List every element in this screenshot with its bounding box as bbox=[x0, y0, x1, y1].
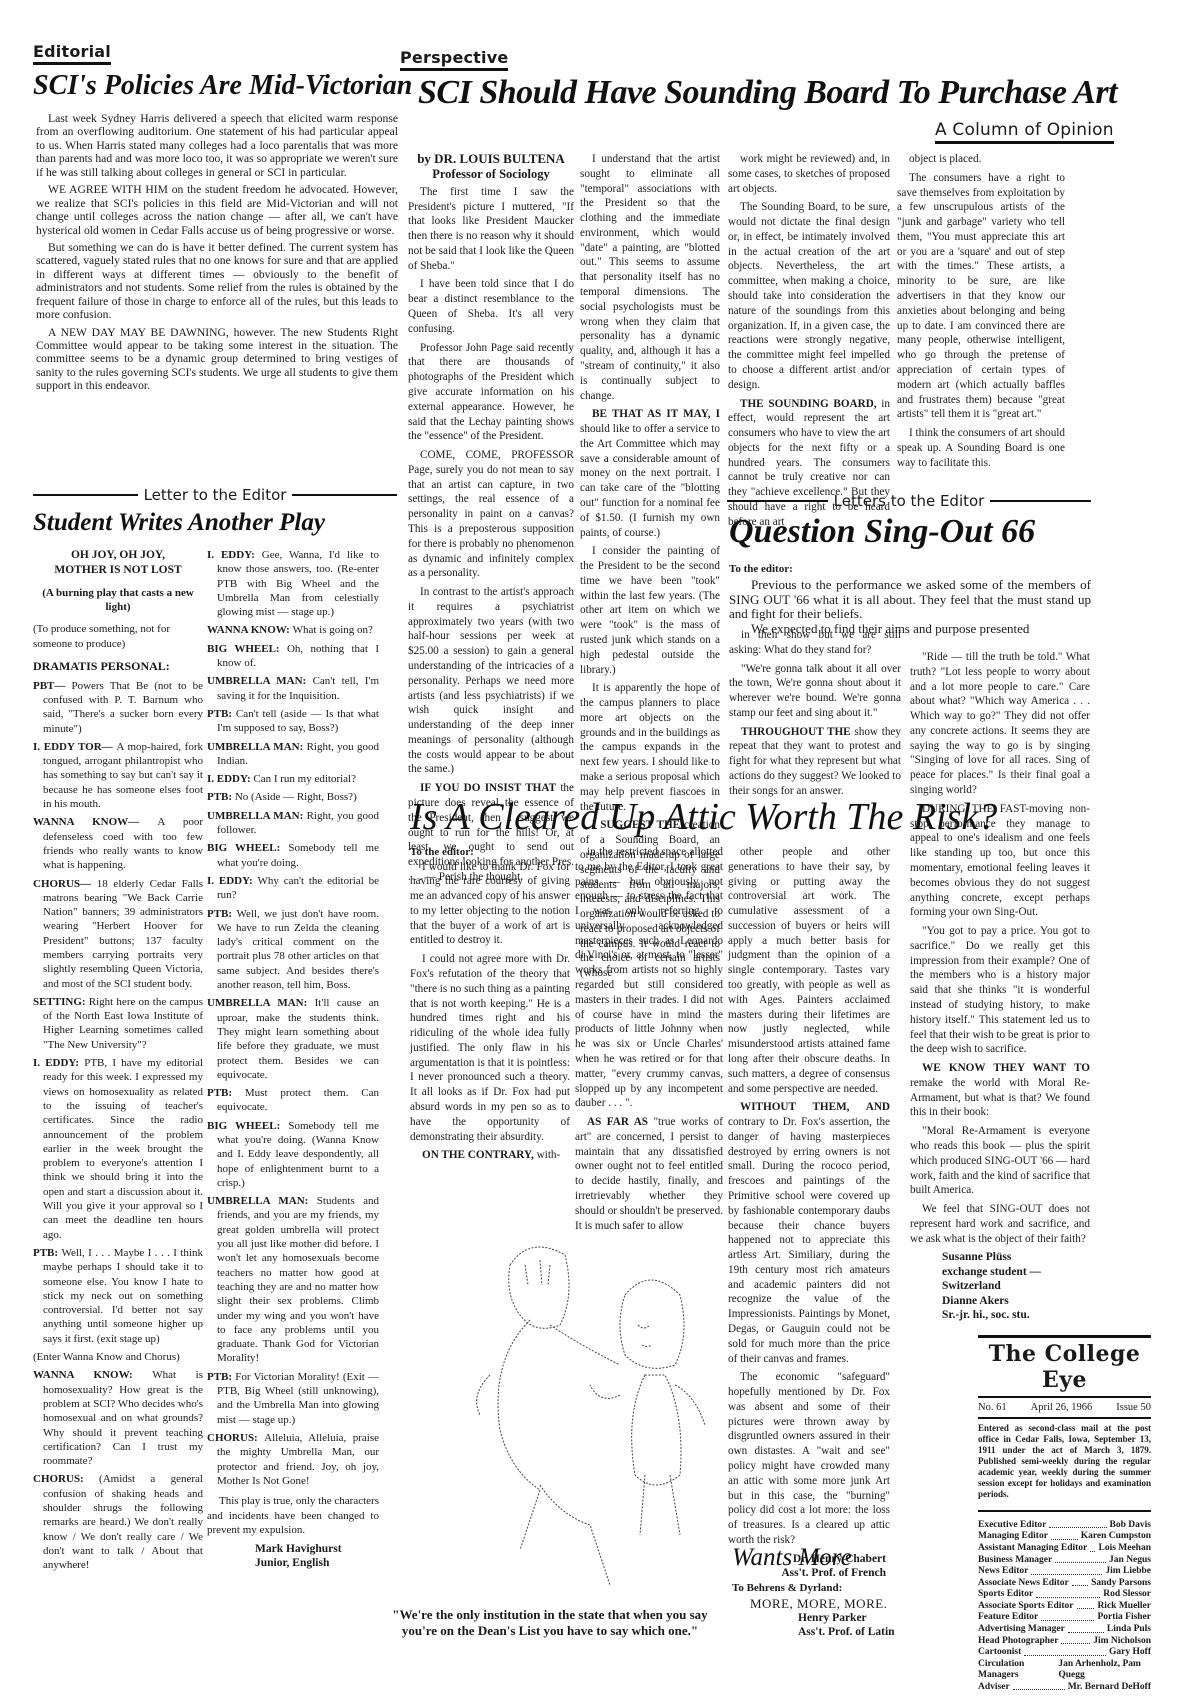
paragraph: I consider the painting of the President… bbox=[580, 544, 720, 677]
paragraph: "Moral Re-Armament is everyone who reads… bbox=[910, 1124, 1090, 1198]
singout-signatures: Susanne Plüss exchange student — Switzer… bbox=[910, 1250, 1090, 1322]
paragraph: COME, COME, PROFESSOR Page, surely you d… bbox=[408, 448, 574, 581]
paragraph: The Sounding Board, to be sure, would no… bbox=[728, 200, 890, 392]
play-lines: PBT— Powers That Be (not to be confused … bbox=[33, 679, 203, 1573]
script-line: UMBRELLA MAN: Students and friends, and … bbox=[207, 1194, 379, 1366]
staff-row: Executive EditorBob Davis bbox=[978, 1520, 1151, 1532]
paragraph: We feel that SING-OUT does not represent… bbox=[910, 1202, 1090, 1246]
staff-row: Associate News EditorSandy Parsons bbox=[978, 1578, 1151, 1590]
paragraph: I think the consumers of art should spea… bbox=[897, 426, 1065, 470]
singout-column-2: "Ride — till the truth be told." What tr… bbox=[910, 650, 1090, 1322]
singout-headline: Question Sing-Out 66 bbox=[729, 515, 1035, 549]
masthead-title: The College Eye bbox=[978, 1341, 1151, 1393]
byline-title: Professor of Sociology bbox=[408, 166, 574, 183]
wants-more-headline: Wants More bbox=[732, 1545, 852, 1570]
paragraph: I understand that the artist sought to e… bbox=[580, 152, 720, 403]
attic-salutation: To the editor: bbox=[410, 845, 570, 860]
paragraph: The first time I saw the President's pic… bbox=[408, 185, 574, 274]
paragraph: I have been told since that I do bear a … bbox=[408, 277, 574, 336]
paragraph: WE KNOW THEY WANT TO remake the world wi… bbox=[910, 1061, 1090, 1120]
editorial-paragraph: A NEW DAY MAY BE DAWNING, however. The n… bbox=[36, 326, 398, 393]
script-line: PTB: Well, we just don't have room. We h… bbox=[207, 907, 379, 993]
editorial-paragraph: Last week Sydney Harris delivered a spee… bbox=[36, 112, 398, 179]
paragraph: I could not agree more with Dr. Fox's re… bbox=[410, 952, 570, 1144]
play-title: MOTHER IS NOT LOST bbox=[33, 563, 203, 578]
script-line: PTB: Can't tell (aside — Is that what I'… bbox=[207, 707, 379, 736]
script-line: UMBRELLA MAN: Right, you good Indian. bbox=[207, 740, 379, 769]
staff-row: Associate Sports EditorRick Mueller bbox=[978, 1601, 1151, 1613]
script-line: I. EDDY: Can I run my editorial? bbox=[207, 772, 379, 786]
staff-row: Feature EditorPortia Fisher bbox=[978, 1612, 1151, 1624]
script-line: WANNA KNOW: What is going on? bbox=[207, 623, 379, 637]
singout-salutation: To the editor: bbox=[729, 563, 793, 575]
byline: by DR. LOUIS BULTENA bbox=[408, 152, 574, 166]
attic-column-3: other people and other generations to ha… bbox=[728, 845, 890, 1580]
script-line: CHORUS— 18 elderly Cedar Falls matrons b… bbox=[33, 877, 203, 991]
play-title: OH JOY, OH JOY, bbox=[33, 548, 203, 563]
singout-column-1: in their show but we are still asking: W… bbox=[729, 628, 901, 803]
perspective-kicker: Perspective bbox=[400, 48, 508, 71]
paragraph: THROUGHOUT THE show they repeat that the… bbox=[729, 725, 901, 799]
play-headline: Student Writes Another Play bbox=[33, 510, 325, 535]
script-line: PTB: Well, I . . . Maybe I . . . I think… bbox=[33, 1246, 203, 1346]
play-signature-title: Junior, English bbox=[255, 1556, 379, 1570]
attic-headline: Is A Cleared Up Attic Worth The Risk? bbox=[410, 798, 997, 836]
paragraph: I would like to thank Dr. Fox for having… bbox=[410, 860, 570, 949]
script-line: PBT— Powers That Be (not to be confused … bbox=[33, 679, 203, 736]
letters-to-editor-divider: Letters to the Editor bbox=[727, 492, 1091, 510]
script-line: I. EDDY: Why can't the editorial be run? bbox=[207, 874, 379, 903]
script-line: WANNA KNOW: What is homosexuality? How g… bbox=[33, 1368, 203, 1468]
perspective-column-3: work might be reviewed) and, in some cas… bbox=[728, 152, 890, 534]
editorial-paragraph: But something we can do is have it bette… bbox=[36, 241, 398, 322]
staff-row: AdviserMr. Bernard DeHoff bbox=[978, 1682, 1151, 1694]
cartoon-caption: "We're the only institution in the state… bbox=[380, 1607, 720, 1640]
perspective-column-1: by DR. LOUIS BULTENA Professor of Sociol… bbox=[408, 152, 574, 889]
paragraph: "Ride — till the truth be told." What tr… bbox=[910, 650, 1090, 798]
staff-row: Sports EditorRod Slessor bbox=[978, 1589, 1151, 1601]
paragraph: Professor John Page said recently that t… bbox=[408, 341, 574, 444]
editorial-kicker: Editorial bbox=[33, 42, 111, 65]
script-line: WANNA KNOW— A poor defenseless coed with… bbox=[33, 815, 203, 872]
paragraph: other people and other generations to ha… bbox=[728, 845, 890, 1096]
script-line: PTB: Must protect them. Can equivocate. bbox=[207, 1086, 379, 1115]
play-subtitle: (A burning play that casts a new light) bbox=[33, 586, 203, 615]
paragraph: in the restricted space allotted to me b… bbox=[575, 845, 723, 1111]
staff-row: Business ManagerJan Negus bbox=[978, 1555, 1151, 1567]
play-lines: I. EDDY: Gee, Wanna, I'd like to know th… bbox=[207, 548, 379, 1488]
paragraph: in their show but we are still asking: W… bbox=[729, 628, 901, 658]
staff-row: Advertising ManagerLinda Puls bbox=[978, 1624, 1151, 1636]
paragraph: work might be reviewed) and, in some cas… bbox=[728, 152, 890, 196]
paragraph: BE THAT AS IT MAY, I should like to offe… bbox=[580, 407, 720, 540]
script-line: I. EDDY: Gee, Wanna, I'd like to know th… bbox=[207, 548, 379, 619]
paragraph: The consumers have a right to save thems… bbox=[897, 171, 1065, 422]
paragraph: WITHOUT THEM, AND contrary to Dr. Fox's … bbox=[728, 1100, 890, 1366]
attic-column-1: To the editor: I would like to thank Dr.… bbox=[410, 845, 570, 1167]
script-line: PTB: No (Aside — Right, Boss?) bbox=[207, 790, 379, 804]
script-line: PTB: For Victorian Morality! (Exit — PTB… bbox=[207, 1370, 379, 1427]
play-aside: (To produce something, not for someone t… bbox=[33, 622, 203, 651]
paragraph: In contrast to the artist's approach it … bbox=[408, 585, 574, 777]
paragraph: The economic "safeguard" hopefully menti… bbox=[728, 1370, 890, 1547]
letter-to-editor-divider: Letter to the Editor bbox=[33, 486, 397, 504]
paragraph: It is apparently the hope of the campus … bbox=[580, 681, 720, 814]
staff-list: Executive EditorBob DavisManaging Editor… bbox=[978, 1520, 1151, 1694]
script-line: BIG WHEEL: Somebody tell me what you're … bbox=[207, 1119, 379, 1190]
script-line: UMBRELLA MAN: Can't tell, I'm saving it … bbox=[207, 674, 379, 703]
script-line: BIG WHEEL: Somebody tell me what you're … bbox=[207, 841, 379, 870]
paragraph: AS FAR AS "true works of art" are concer… bbox=[575, 1115, 723, 1233]
staff-row: Circulation ManagersJan Arhenholz, Pam Q… bbox=[978, 1659, 1151, 1682]
issue-date: April 26, 1966 bbox=[1031, 1402, 1093, 1413]
staff-row: CartoonistGary Hoff bbox=[978, 1647, 1151, 1659]
staff-row: Head PhotographerJim Nicholson bbox=[978, 1636, 1151, 1648]
script-line: BIG WHEEL: Oh, nothing that I know of. bbox=[207, 642, 379, 671]
script-line: UMBRELLA MAN: It'll cause an uproar, mak… bbox=[207, 996, 379, 1082]
script-line: (Enter Wanna Know and Chorus) bbox=[33, 1350, 203, 1364]
masthead-box: The College Eye No. 61 April 26, 1966 Is… bbox=[978, 1335, 1151, 1693]
staff-row: Managing EditorKaren Cumpston bbox=[978, 1531, 1151, 1543]
column-of-opinion-label: A Column of Opinion bbox=[935, 120, 1114, 144]
wants-more-body: MORE, MORE, MORE. bbox=[750, 1596, 887, 1612]
paragraph: object is placed. bbox=[897, 152, 1065, 167]
script-line: I. EDDY TOR— A mop-haired, fork tongued,… bbox=[33, 740, 203, 811]
script-line: UMBRELLA MAN: Right, you good follower. bbox=[207, 809, 379, 838]
attic-column-2: in the restricted space allotted to me b… bbox=[575, 845, 723, 1237]
cartoon-illustration bbox=[470, 1225, 710, 1595]
play-column-1: OH JOY, OH JOY, MOTHER IS NOT LOST (A bu… bbox=[33, 548, 203, 1576]
staff-row: News EditorJim Liebbe bbox=[978, 1566, 1151, 1578]
issue-number: No. 61 bbox=[978, 1402, 1007, 1413]
paragraph: "We're gonna talk about it all over the … bbox=[729, 662, 901, 721]
masthead-dateline: No. 61 April 26, 1966 Issue 50 bbox=[978, 1402, 1151, 1413]
wants-more-salutation: To Behrens & Dyrland: bbox=[732, 1582, 842, 1594]
script-line: I. EDDY: PTB, I have my editorial ready … bbox=[33, 1056, 203, 1242]
postal-notice: Entered as second-class mail at the post… bbox=[978, 1423, 1151, 1500]
issue-label: Issue 50 bbox=[1116, 1402, 1151, 1413]
editorial-body: Last week Sydney Harris delivered a spee… bbox=[36, 112, 398, 397]
play-closing: This play is true, only the characters a… bbox=[207, 1494, 379, 1538]
play-signature-name: Mark Havighurst bbox=[255, 1542, 379, 1556]
script-line: SETTING: Right here on the campus of the… bbox=[33, 995, 203, 1052]
staff-row: Assistant Managing EditorLois Meehan bbox=[978, 1543, 1151, 1555]
wants-more-signature: Henry Parker Ass't. Prof. of Latin bbox=[798, 1611, 895, 1640]
script-line: CHORUS: (Amidst a general confusion of s… bbox=[33, 1472, 203, 1572]
paragraph: ON THE CONTRARY, with- bbox=[410, 1148, 570, 1163]
editorial-paragraph: WE AGREE WITH HIM on the student freedom… bbox=[36, 183, 398, 237]
play-column-2: I. EDDY: Gee, Wanna, I'd like to know th… bbox=[207, 548, 379, 1570]
dramatis-heading: DRAMATIS PERSONAL: bbox=[33, 659, 203, 675]
script-line: CHORUS: Alleluia, Alleluia, praise the m… bbox=[207, 1431, 379, 1488]
perspective-headline: SCI Should Have Sounding Board To Purcha… bbox=[418, 76, 1117, 110]
perspective-column-4: object is placed.The consumers have a ri… bbox=[897, 152, 1065, 474]
paragraph: "You got to pay a price. You got to sacr… bbox=[910, 924, 1090, 1057]
editorial-headline: SCI's Policies Are Mid-Victorian bbox=[33, 72, 412, 100]
